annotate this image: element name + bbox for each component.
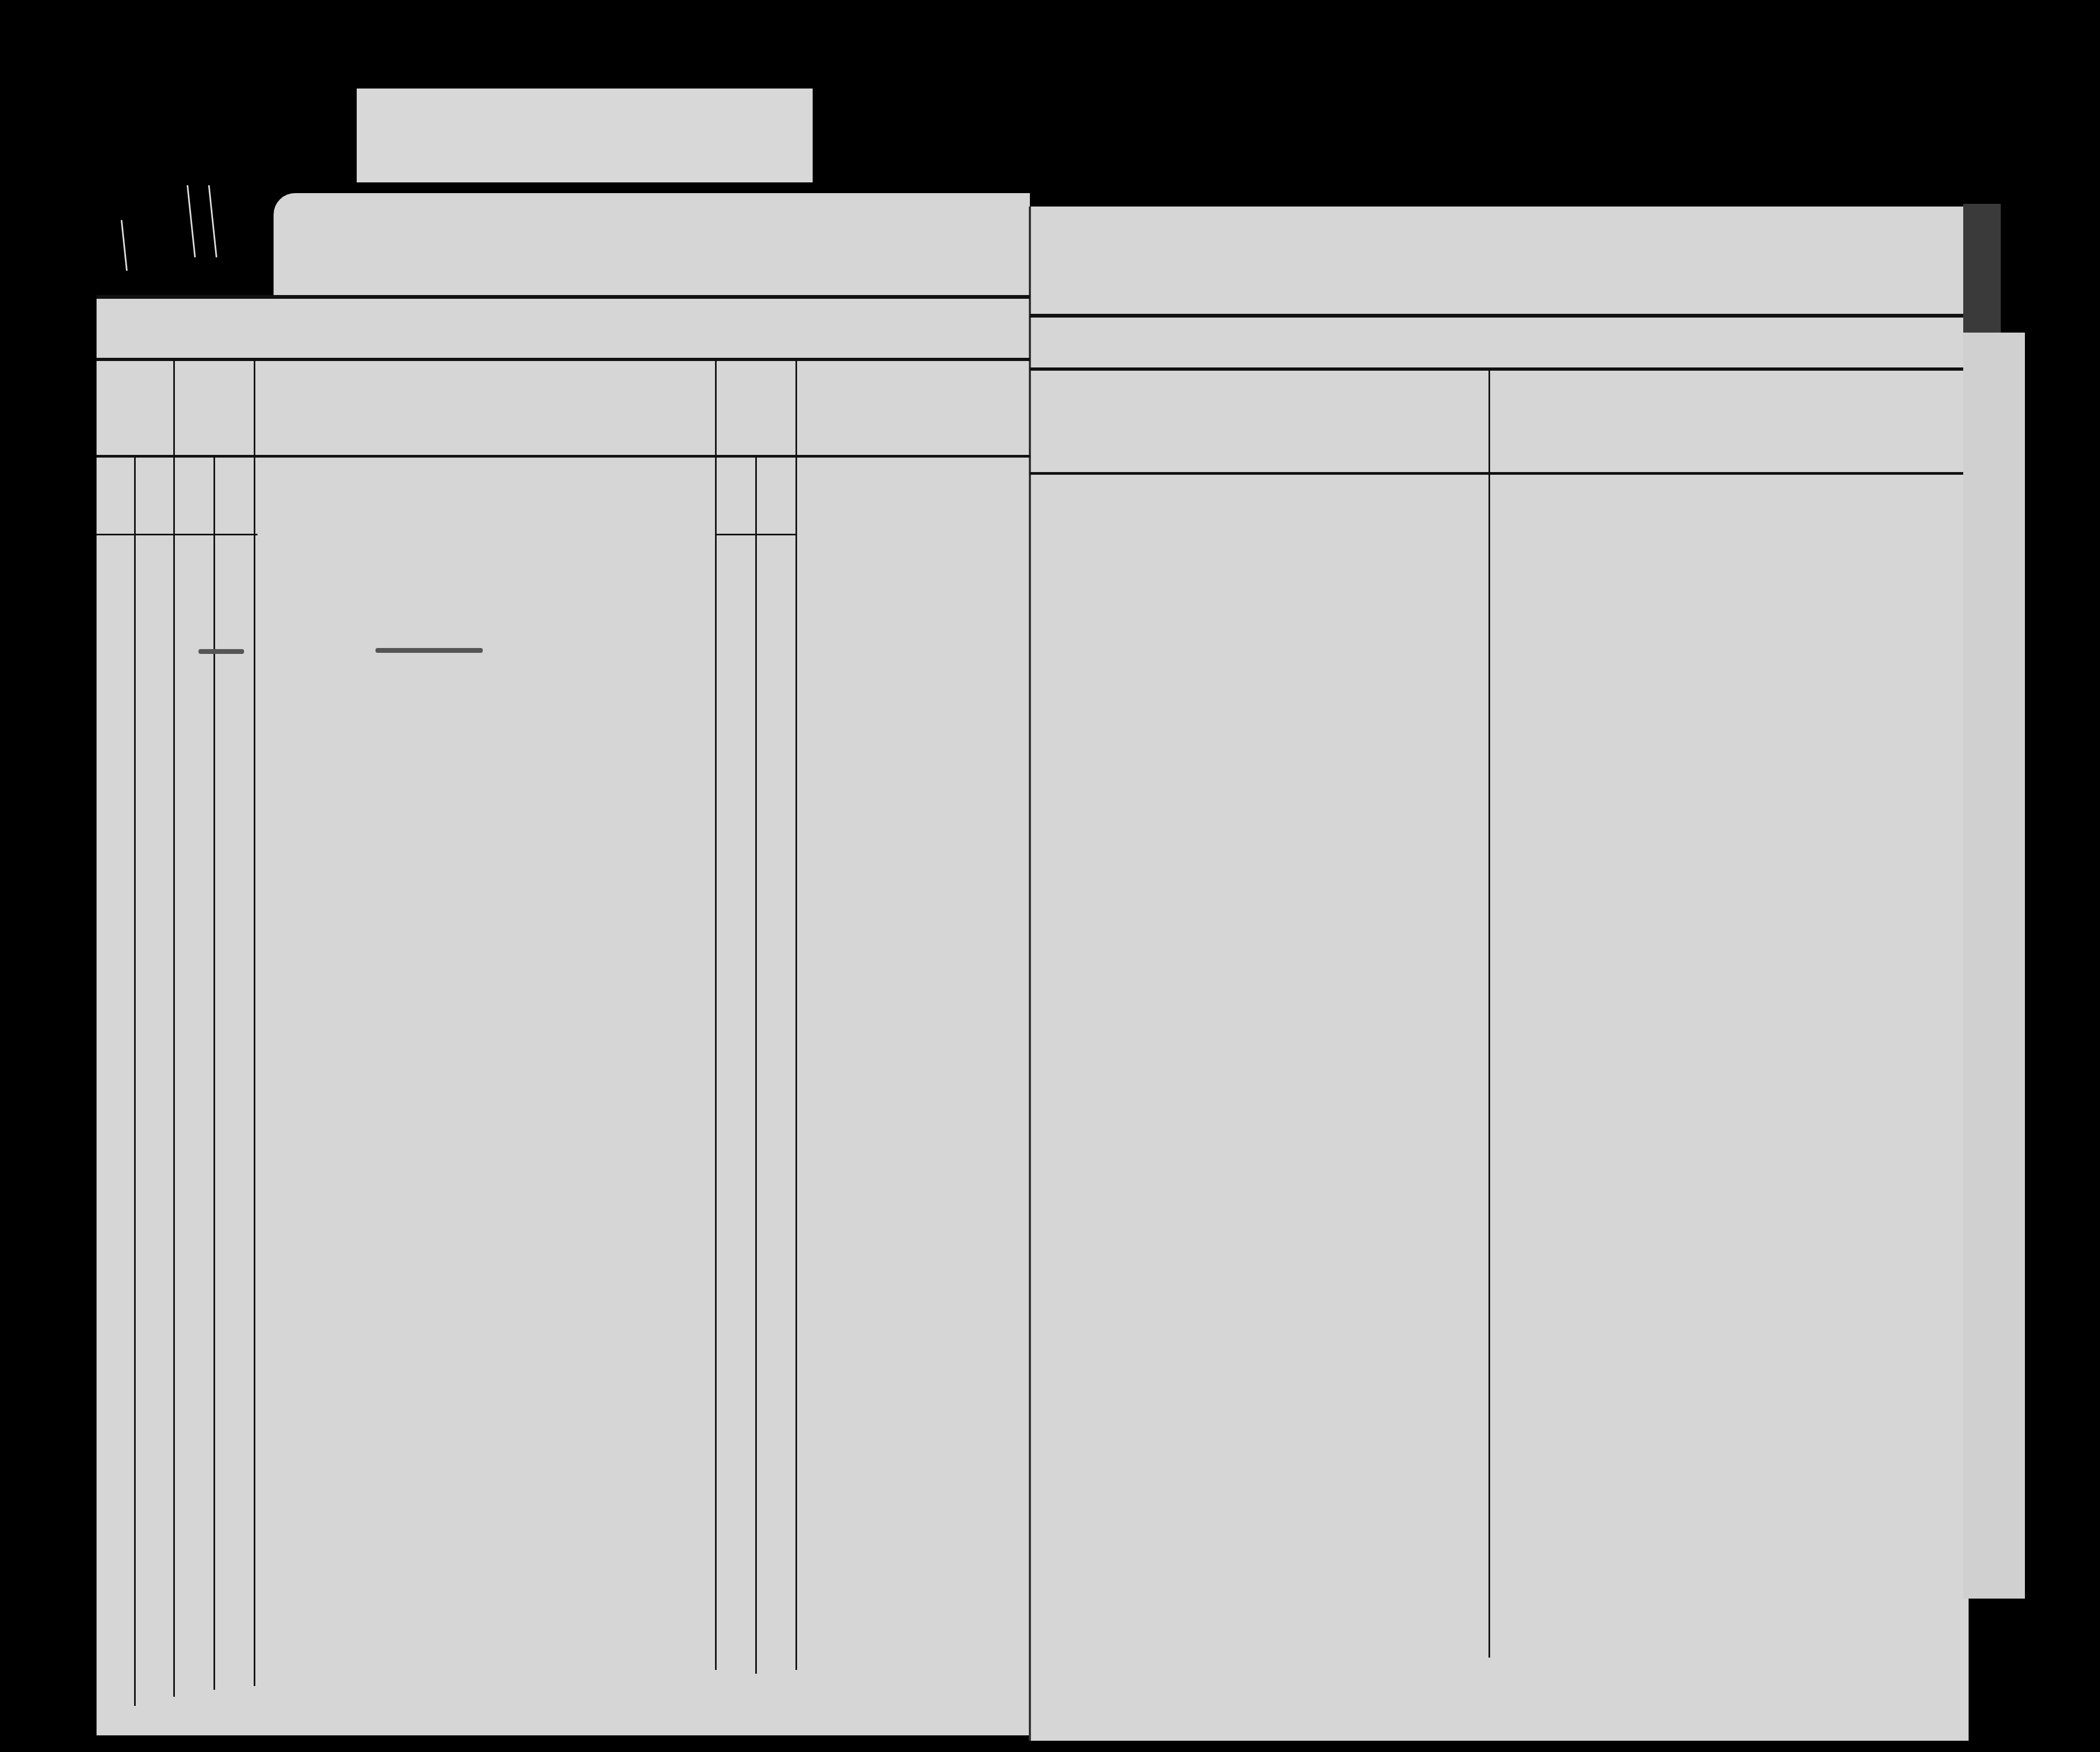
scratch-mark xyxy=(121,220,128,271)
header-rule-right xyxy=(1030,472,1963,475)
grid-line-right xyxy=(1489,370,1490,1658)
grid-line xyxy=(173,361,175,1697)
header-rule-left xyxy=(97,455,1030,458)
subheader-count-female xyxy=(137,459,169,534)
subheader-age-female xyxy=(759,459,791,534)
column-header-count xyxy=(97,365,172,453)
left-page-tab xyxy=(274,193,1030,300)
top-rule-left xyxy=(97,295,1030,299)
binding-edge xyxy=(1963,204,2001,338)
column-header-confessor xyxy=(1030,376,1486,472)
grid-line xyxy=(795,361,797,1670)
column-header-month-day xyxy=(174,365,255,453)
subheader-rule xyxy=(97,534,257,535)
top-rule-right xyxy=(1030,314,1963,318)
column-header-burial-by xyxy=(1491,381,1963,477)
subheader-death xyxy=(177,459,209,534)
grid-line xyxy=(213,456,215,1690)
grid-line xyxy=(254,361,255,1686)
subheader-burial xyxy=(217,459,249,534)
column-header-cause xyxy=(799,365,1025,453)
grid-line xyxy=(134,456,136,1706)
grid-line xyxy=(755,456,757,1674)
title-rule-right xyxy=(1030,367,1963,371)
subheader-age-male xyxy=(719,459,751,534)
scratch-mark xyxy=(208,185,217,257)
column-header-age xyxy=(716,365,797,453)
title-rule-left xyxy=(97,358,1030,361)
glued-flap xyxy=(1963,333,2025,1599)
surname-underline xyxy=(198,649,244,654)
glued-pages-label xyxy=(357,89,813,182)
left-page-title xyxy=(97,302,1030,358)
scratch-mark xyxy=(187,185,196,257)
surname-underline xyxy=(375,648,483,653)
column-header-name xyxy=(257,365,713,453)
grid-line xyxy=(715,361,717,1670)
subheader-count-male xyxy=(99,459,131,534)
